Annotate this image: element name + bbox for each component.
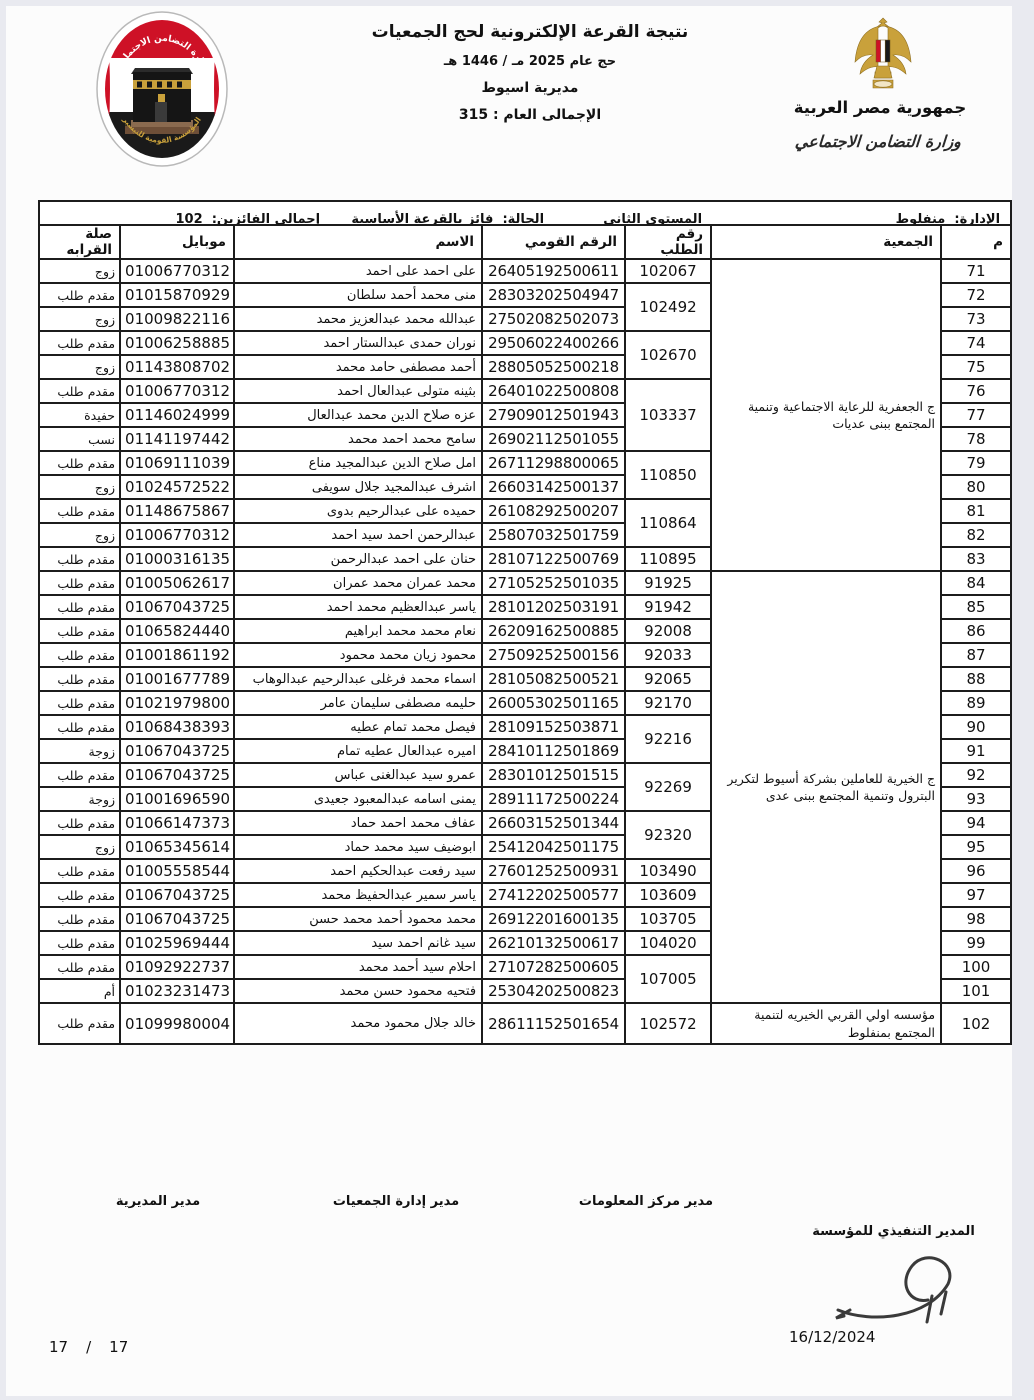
cell-mobile: 01067043725: [120, 739, 234, 763]
cell-mobile: 01065824440: [120, 619, 234, 643]
cell-relation: مقدم طلب: [39, 331, 120, 355]
cell-serial: 83: [941, 547, 1011, 571]
cell-mobile: 01001861192: [120, 643, 234, 667]
cell-mobile: 01065345614: [120, 835, 234, 859]
cell-national-id: 28410112501869: [482, 739, 625, 763]
cell-name: عبدالرحمن احمد سيد احمد: [234, 523, 482, 547]
total-winners-field: إجمالى الفائزين: 102: [176, 212, 321, 225]
cell-national-id: 27105252501035: [482, 571, 625, 595]
cell-association: مؤسسه اولي القربي الخيريه لتنمية المجتمع…: [711, 1003, 941, 1044]
cell-mobile: 01148675867: [120, 499, 234, 523]
cell-relation: زوج: [39, 835, 120, 859]
cell-relation: زوج: [39, 523, 120, 547]
cell-national-id: 27909012501943: [482, 403, 625, 427]
cell-national-id: 26711298800065: [482, 451, 625, 475]
cell-mobile: 01006770312: [120, 523, 234, 547]
cell-mobile: 01067043725: [120, 907, 234, 931]
page-title: نتيجة القرعة الإلكترونية لحج الجمعيات: [354, 22, 706, 42]
cell-relation: مقدم طلب: [39, 955, 120, 979]
hajj-year-line: حج عام 2025 مـ / 1446 هـ: [354, 54, 706, 69]
page-separator: /: [86, 1338, 91, 1356]
cell-association: ج الجعفرية للرعاية الاجتماعية وتنمية الم…: [711, 259, 941, 571]
signature-title-information-center: مدير مركز المعلومات: [576, 1194, 716, 1209]
cell-national-id: 25412042501175: [482, 835, 625, 859]
egypt-eagle-emblem-icon: [851, 14, 915, 96]
cell-relation: مقدم طلب: [39, 667, 120, 691]
cell-relation: حفيدة: [39, 403, 120, 427]
cell-serial: 71: [941, 259, 1011, 283]
cell-name: عزه صلاح الدين محمد عبدالعال: [234, 403, 482, 427]
cell-mobile: 01092922737: [120, 955, 234, 979]
cell-relation: زوجة: [39, 739, 120, 763]
signature-title-executive-director: المدير التنفيذي للمؤسسة: [806, 1224, 981, 1239]
cell-serial: 102: [941, 1003, 1011, 1044]
cell-national-id: 26401022500808: [482, 379, 625, 403]
cell-relation: مقدم طلب: [39, 715, 120, 739]
cell-relation: مقدم طلب: [39, 883, 120, 907]
cell-name: على احمد على احمد: [234, 259, 482, 283]
cell-serial: 84: [941, 571, 1011, 595]
cell-name: سيد غانم احمد سيد: [234, 931, 482, 955]
cell-serial: 82: [941, 523, 1011, 547]
cell-serial: 85: [941, 595, 1011, 619]
cell-serial: 79: [941, 451, 1011, 475]
cell-name: عبدالله محمد عبدالعزيز محمد: [234, 307, 482, 331]
cell-name: احلام سيد أحمد محمد: [234, 955, 482, 979]
cell-name: منى محمد أحمد سلطان: [234, 283, 482, 307]
cell-serial: 76: [941, 379, 1011, 403]
cell-relation: مقدم طلب: [39, 451, 120, 475]
cell-relation: مقدم طلب: [39, 379, 120, 403]
cell-name: ياسر سمير عبدالحفيظ محمد: [234, 883, 482, 907]
table-row: 102مؤسسه اولي القربي الخيريه لتنمية المج…: [39, 1003, 1011, 1044]
cell-national-id: 28303202504947: [482, 283, 625, 307]
cell-mobile: 01009822116: [120, 307, 234, 331]
cell-mobile: 01024572522: [120, 475, 234, 499]
cell-mobile: 01005558544: [120, 859, 234, 883]
cell-relation: مقدم طلب: [39, 619, 120, 643]
results-table: الإدارة: منفلوط المستوي الثاني الحالة: ف…: [38, 200, 1012, 1045]
cell-serial: 80: [941, 475, 1011, 499]
level-field: المستوي الثاني: [603, 212, 702, 225]
cell-request-number: 92216: [625, 715, 711, 763]
col-header-name: الاسم: [234, 225, 482, 259]
cell-relation: زوج: [39, 475, 120, 499]
page-indicator: 17 / 17: [49, 1338, 128, 1356]
cell-national-id: 26210132500617: [482, 931, 625, 955]
cell-relation: نسب: [39, 427, 120, 451]
ministry-name: وزارة التضامن الاجتماعي: [777, 132, 978, 151]
cell-name: ياسر عبدالعظيم محمد احمد: [234, 595, 482, 619]
cell-serial: 90: [941, 715, 1011, 739]
directorate-line: مديرية اسيوط: [354, 80, 706, 96]
cell-mobile: 01015870929: [120, 283, 234, 307]
cell-request-number: 102492: [625, 283, 711, 331]
cell-serial: 95: [941, 835, 1011, 859]
cell-serial: 92: [941, 763, 1011, 787]
cell-request-number: 92008: [625, 619, 711, 643]
cell-mobile: 01069111039: [120, 451, 234, 475]
cell-request-number: 103490: [625, 859, 711, 883]
cell-request-number: 92269: [625, 763, 711, 811]
cell-mobile: 01001696590: [120, 787, 234, 811]
cell-relation: مقدم طلب: [39, 931, 120, 955]
cell-request-number: 103705: [625, 907, 711, 931]
cell-mobile: 01006258885: [120, 331, 234, 355]
cell-mobile: 01067043725: [120, 883, 234, 907]
cell-name: اشرف عبدالمجيد جلال سويفى: [234, 475, 482, 499]
table-row: 84ج الخيرية للعاملين بشركة أسيوط لتكرير …: [39, 571, 1011, 595]
cell-serial: 81: [941, 499, 1011, 523]
cell-serial: 99: [941, 931, 1011, 955]
cell-mobile: 01023231473: [120, 979, 234, 1003]
cell-request-number: 102067: [625, 259, 711, 283]
cell-mobile: 01067043725: [120, 763, 234, 787]
cell-serial: 72: [941, 283, 1011, 307]
signature-title-associations-admin: مدير إدارة الجمعيات: [326, 1194, 466, 1209]
col-header-association: الجمعية: [711, 225, 941, 259]
cell-name: عفاف محمد احمد حماد: [234, 811, 482, 835]
cell-mobile: 01099980004: [120, 1003, 234, 1044]
cell-name: أحمد مصطفى حامد محمد: [234, 355, 482, 379]
cell-mobile: 01067043725: [120, 595, 234, 619]
cell-name: فتحيه محمود حسن محمد: [234, 979, 482, 1003]
cell-request-number: 92320: [625, 811, 711, 859]
cell-relation: مقدم طلب: [39, 907, 120, 931]
cell-association: ج الخيرية للعاملين بشركة أسيوط لتكرير ال…: [711, 571, 941, 1003]
cell-relation: مقدم طلب: [39, 811, 120, 835]
cell-name: يمنى اسامه عبدالمعبود جعيدى: [234, 787, 482, 811]
handwritten-signature-icon: [828, 1246, 978, 1330]
cell-name: فيصل محمد تمام عطيه: [234, 715, 482, 739]
cell-serial: 77: [941, 403, 1011, 427]
cell-name: محمد عمران محمد عمران: [234, 571, 482, 595]
cell-serial: 74: [941, 331, 1011, 355]
cell-name: نعام محمد محمد ابراهيم: [234, 619, 482, 643]
cell-name: سامح محمد احمد محمد: [234, 427, 482, 451]
status-field: الحالة: فائز بالقرعة الأساسية: [351, 212, 544, 225]
cell-name: امل صلاح الدين عبدالمجيد مناع: [234, 451, 482, 475]
col-header-request: رقم الطلب: [625, 225, 711, 259]
cell-national-id: 26902112501055: [482, 427, 625, 451]
cell-name: خالد جلال محمود محمد: [234, 1003, 482, 1044]
cell-national-id: 26005302501165: [482, 691, 625, 715]
cell-request-number: 110850: [625, 451, 711, 499]
cell-request-number: 110864: [625, 499, 711, 547]
cell-serial: 100: [941, 955, 1011, 979]
cell-serial: 98: [941, 907, 1011, 931]
table-row: 71ج الجعفرية للرعاية الاجتماعية وتنمية ا…: [39, 259, 1011, 283]
col-header-mobile: موبايل: [120, 225, 234, 259]
col-header-serial: م: [941, 225, 1011, 259]
cell-national-id: 27509252500156: [482, 643, 625, 667]
cell-national-id: 27502082502073: [482, 307, 625, 331]
cell-name: عمرو سيد عبدالغنى عباس: [234, 763, 482, 787]
republic-name: جمهورية مصر العربية: [785, 98, 975, 117]
cell-national-id: 26405192500611: [482, 259, 625, 283]
cell-mobile: 01066147373: [120, 811, 234, 835]
cell-serial: 86: [941, 619, 1011, 643]
document-page: وزارة التضامن الاجتماعي المؤسسة القومية …: [6, 6, 1012, 1396]
document-date: 16/12/2024: [789, 1328, 875, 1346]
cell-relation: مقدم طلب: [39, 763, 120, 787]
cell-national-id: 29506022400266: [482, 331, 625, 355]
cell-national-id: 26603152501344: [482, 811, 625, 835]
cell-mobile: 01146024999: [120, 403, 234, 427]
cell-name: بثينه متولى عبدالعال احمد: [234, 379, 482, 403]
cell-national-id: 28611152501654: [482, 1003, 625, 1044]
cell-name: ابوضيف سيد محمد حماد: [234, 835, 482, 859]
cell-request-number: 107005: [625, 955, 711, 1003]
cell-request-number: 102670: [625, 331, 711, 379]
cell-serial: 73: [941, 307, 1011, 331]
cell-relation: مقدم طلب: [39, 859, 120, 883]
cell-request-number: 103337: [625, 379, 711, 451]
cell-serial: 89: [941, 691, 1011, 715]
cell-relation: زوج: [39, 259, 120, 283]
cell-name: سيد رفعت عبدالحكيم احمد: [234, 859, 482, 883]
cell-relation: مقدم طلب: [39, 595, 120, 619]
cell-national-id: 28101202503191: [482, 595, 625, 619]
cell-national-id: 28301012501515: [482, 763, 625, 787]
cell-serial: 96: [941, 859, 1011, 883]
cell-national-id: 27601252500931: [482, 859, 625, 883]
cell-request-number: 92065: [625, 667, 711, 691]
cell-mobile: 01141197442: [120, 427, 234, 451]
cell-name: نوران حمدى عبدالستار احمد: [234, 331, 482, 355]
cell-national-id: 26912201600135: [482, 907, 625, 931]
cell-mobile: 01001677789: [120, 667, 234, 691]
cell-relation: مقدم طلب: [39, 499, 120, 523]
cell-mobile: 01143808702: [120, 355, 234, 379]
cell-mobile: 01068438393: [120, 715, 234, 739]
col-header-national-id: الرقم القومي: [482, 225, 625, 259]
page-current: 17: [49, 1338, 68, 1356]
cell-name: محمد محمود أحمد محمد حسن: [234, 907, 482, 931]
cell-serial: 87: [941, 643, 1011, 667]
cell-request-number: 104020: [625, 931, 711, 955]
page-total: 17: [109, 1338, 128, 1356]
cell-national-id: 27412202500577: [482, 883, 625, 907]
administration-field: الإدارة: منفلوط: [896, 212, 1000, 225]
ministry-kaaba-emblem-icon: وزارة التضامن الاجتماعي المؤسسة القومية …: [95, 10, 229, 168]
cell-serial: 91: [941, 739, 1011, 763]
document-titles: نتيجة القرعة الإلكترونية لحج الجمعيات حج…: [354, 22, 706, 123]
cell-request-number: 92170: [625, 691, 711, 715]
cell-mobile: 01006770312: [120, 379, 234, 403]
cell-name: حنان على احمد عبدالرحمن: [234, 547, 482, 571]
cell-request-number: 103609: [625, 883, 711, 907]
cell-name: حميده على عبدالرحيم بدوى: [234, 499, 482, 523]
cell-name: حليمه مصطفى سليمان عامر: [234, 691, 482, 715]
cell-serial: 94: [941, 811, 1011, 835]
results-table-body: 71ج الجعفرية للرعاية الاجتماعية وتنمية ا…: [39, 259, 1011, 1044]
cell-national-id: 28105082500521: [482, 667, 625, 691]
cell-relation: مقدم طلب: [39, 691, 120, 715]
cell-serial: 78: [941, 427, 1011, 451]
cell-national-id: 28805052500218: [482, 355, 625, 379]
cell-serial: 101: [941, 979, 1011, 1003]
cell-mobile: 01005062617: [120, 571, 234, 595]
cell-serial: 75: [941, 355, 1011, 379]
cell-national-id: 26108292500207: [482, 499, 625, 523]
cell-national-id: 28107122500769: [482, 547, 625, 571]
cell-relation: زوج: [39, 355, 120, 379]
cell-national-id: 27107282500605: [482, 955, 625, 979]
cell-serial: 88: [941, 667, 1011, 691]
cell-relation: مقدم طلب: [39, 283, 120, 307]
signature-title-directorate: مدير المديرية: [98, 1194, 218, 1209]
grand-total-line: الإجمالى العام : 315: [354, 107, 706, 123]
cell-name: محمود زيان محمد محمود: [234, 643, 482, 667]
cell-mobile: 01000316135: [120, 547, 234, 571]
info-cell: الإدارة: منفلوط المستوي الثاني الحالة: ف…: [39, 201, 1011, 225]
cell-relation: مقدم طلب: [39, 547, 120, 571]
cell-relation: زوج: [39, 307, 120, 331]
table-info-row: الإدارة: منفلوط المستوي الثاني الحالة: ف…: [39, 201, 1011, 225]
cell-relation: أم: [39, 979, 120, 1003]
cell-mobile: 01021979800: [120, 691, 234, 715]
cell-mobile: 01025969444: [120, 931, 234, 955]
col-header-relation: صلة القرابه: [39, 225, 120, 259]
cell-national-id: 25304202500823: [482, 979, 625, 1003]
cell-mobile: 01006770312: [120, 259, 234, 283]
cell-national-id: 28911172500224: [482, 787, 625, 811]
cell-request-number: 92033: [625, 643, 711, 667]
cell-request-number: 110895: [625, 547, 711, 571]
cell-request-number: 102572: [625, 1003, 711, 1044]
cell-name: اسماء محمد فرغلى عبدالرحيم عبدالوهاب: [234, 667, 482, 691]
table-header-row: م الجمعية رقم الطلب الرقم القومي الاسم م…: [39, 225, 1011, 259]
cell-serial: 93: [941, 787, 1011, 811]
cell-relation: مقدم طلب: [39, 643, 120, 667]
cell-national-id: 25807032501759: [482, 523, 625, 547]
cell-name: اميره عبدالعال عطيه تمام: [234, 739, 482, 763]
cell-serial: 97: [941, 883, 1011, 907]
cell-request-number: 91942: [625, 595, 711, 619]
cell-national-id: 28109152503871: [482, 715, 625, 739]
cell-national-id: 26603142500137: [482, 475, 625, 499]
cell-relation: زوجة: [39, 787, 120, 811]
cell-national-id: 26209162500885: [482, 619, 625, 643]
cell-request-number: 91925: [625, 571, 711, 595]
cell-relation: مقدم طلب: [39, 1003, 120, 1044]
cell-relation: مقدم طلب: [39, 571, 120, 595]
